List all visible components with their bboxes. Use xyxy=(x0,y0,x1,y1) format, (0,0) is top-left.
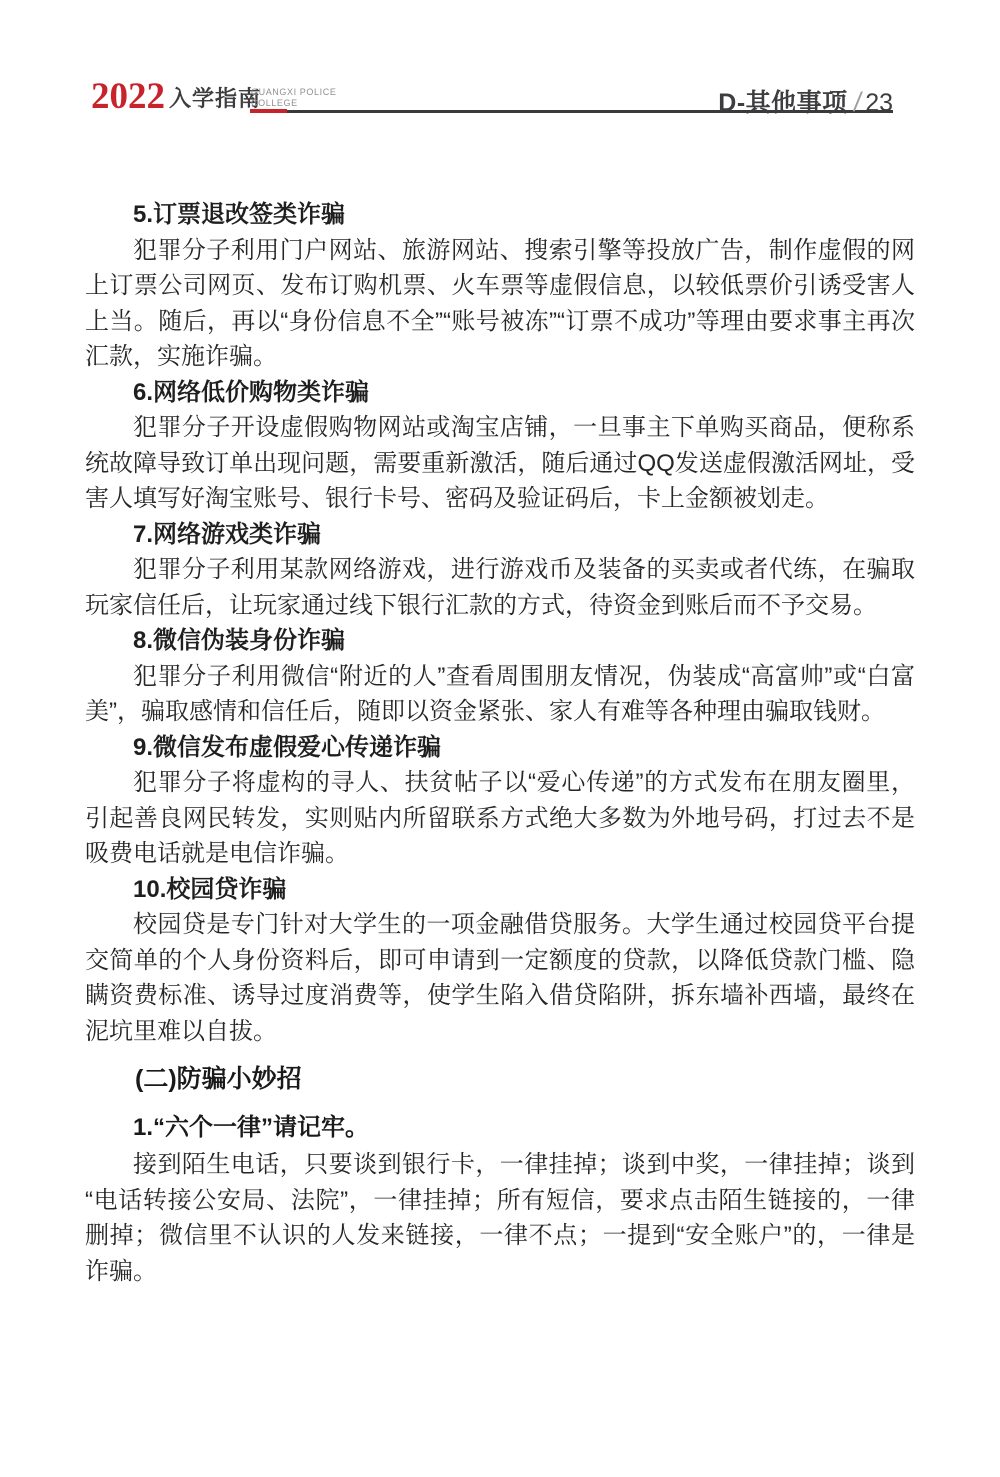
subsection-paragraph: 接到陌生电话，只要谈到银行卡，一律挂掉；谈到中奖，一律挂掉；谈到“电话转接公安局… xyxy=(85,1147,915,1289)
section-8-paragraph: 犯罪分子利用微信“附近的人”查看周围朋友情况，伪装成“高富帅”或“白富美”，骗取… xyxy=(85,659,915,730)
section-10-paragraph: 校园贷是专门针对大学生的一项金融借贷服务。大学生通过校园贷平台提交简单的个人身份… xyxy=(85,907,915,1049)
section-5-paragraph: 犯罪分子利用门户网站、旅游网站、搜索引擎等投放广告，制作虚假的网上订票公司网页、… xyxy=(85,233,915,375)
brand-subtitle: GUANGXI POLICE COLLEGE xyxy=(251,87,336,109)
section-10-heading: 10.校园贷诈骗 xyxy=(85,872,915,908)
brand-title: 入学指南 xyxy=(169,88,261,110)
header-rule-accent xyxy=(250,109,287,113)
subsection-heading: (二)防骗小妙招 xyxy=(85,1062,915,1098)
page-number: 23 xyxy=(865,89,893,118)
section-7-paragraph: 犯罪分子利用某款网络游戏，进行游戏币及装备的买卖或者代练，在骗取玩家信任后，让玩… xyxy=(85,552,915,623)
section-8-heading: 8.微信伪装身份诈骗 xyxy=(85,623,915,659)
header-pageinfo: D-其他事项 / 23 xyxy=(718,83,893,119)
section-label: D-其他事项 xyxy=(718,83,847,119)
section-9-heading: 9.微信发布虚假爱心传递诈骗 xyxy=(85,730,915,766)
document-body: 5.订票退改签类诈骗 犯罪分子利用门户网站、旅游网站、搜索引擎等投放广告，制作虚… xyxy=(85,197,915,1289)
section-6-heading: 6.网络低价购物类诈骗 xyxy=(85,375,915,411)
subsection-item-heading: 1.“六个一律”请记牢。 xyxy=(85,1110,915,1146)
slash-separator: / xyxy=(851,87,863,118)
section-5-heading: 5.订票退改签类诈骗 xyxy=(85,197,915,233)
section-6-paragraph: 犯罪分子开设虚假购物网站或淘宝店铺，一旦事主下单购买商品，便称系统故障导致订单出… xyxy=(85,410,915,517)
section-9-paragraph: 犯罪分子将虚构的寻人、扶贫帖子以“爱心传递”的方式发布在朋友圈里，引起善良网民转… xyxy=(85,765,915,872)
section-7-heading: 7.网络游戏类诈骗 xyxy=(85,517,915,553)
document-page: 2022 入学指南 GUANGXI POLICE COLLEGE D-其他事项 … xyxy=(0,0,1000,1477)
brand-year: 2022 xyxy=(91,78,165,115)
